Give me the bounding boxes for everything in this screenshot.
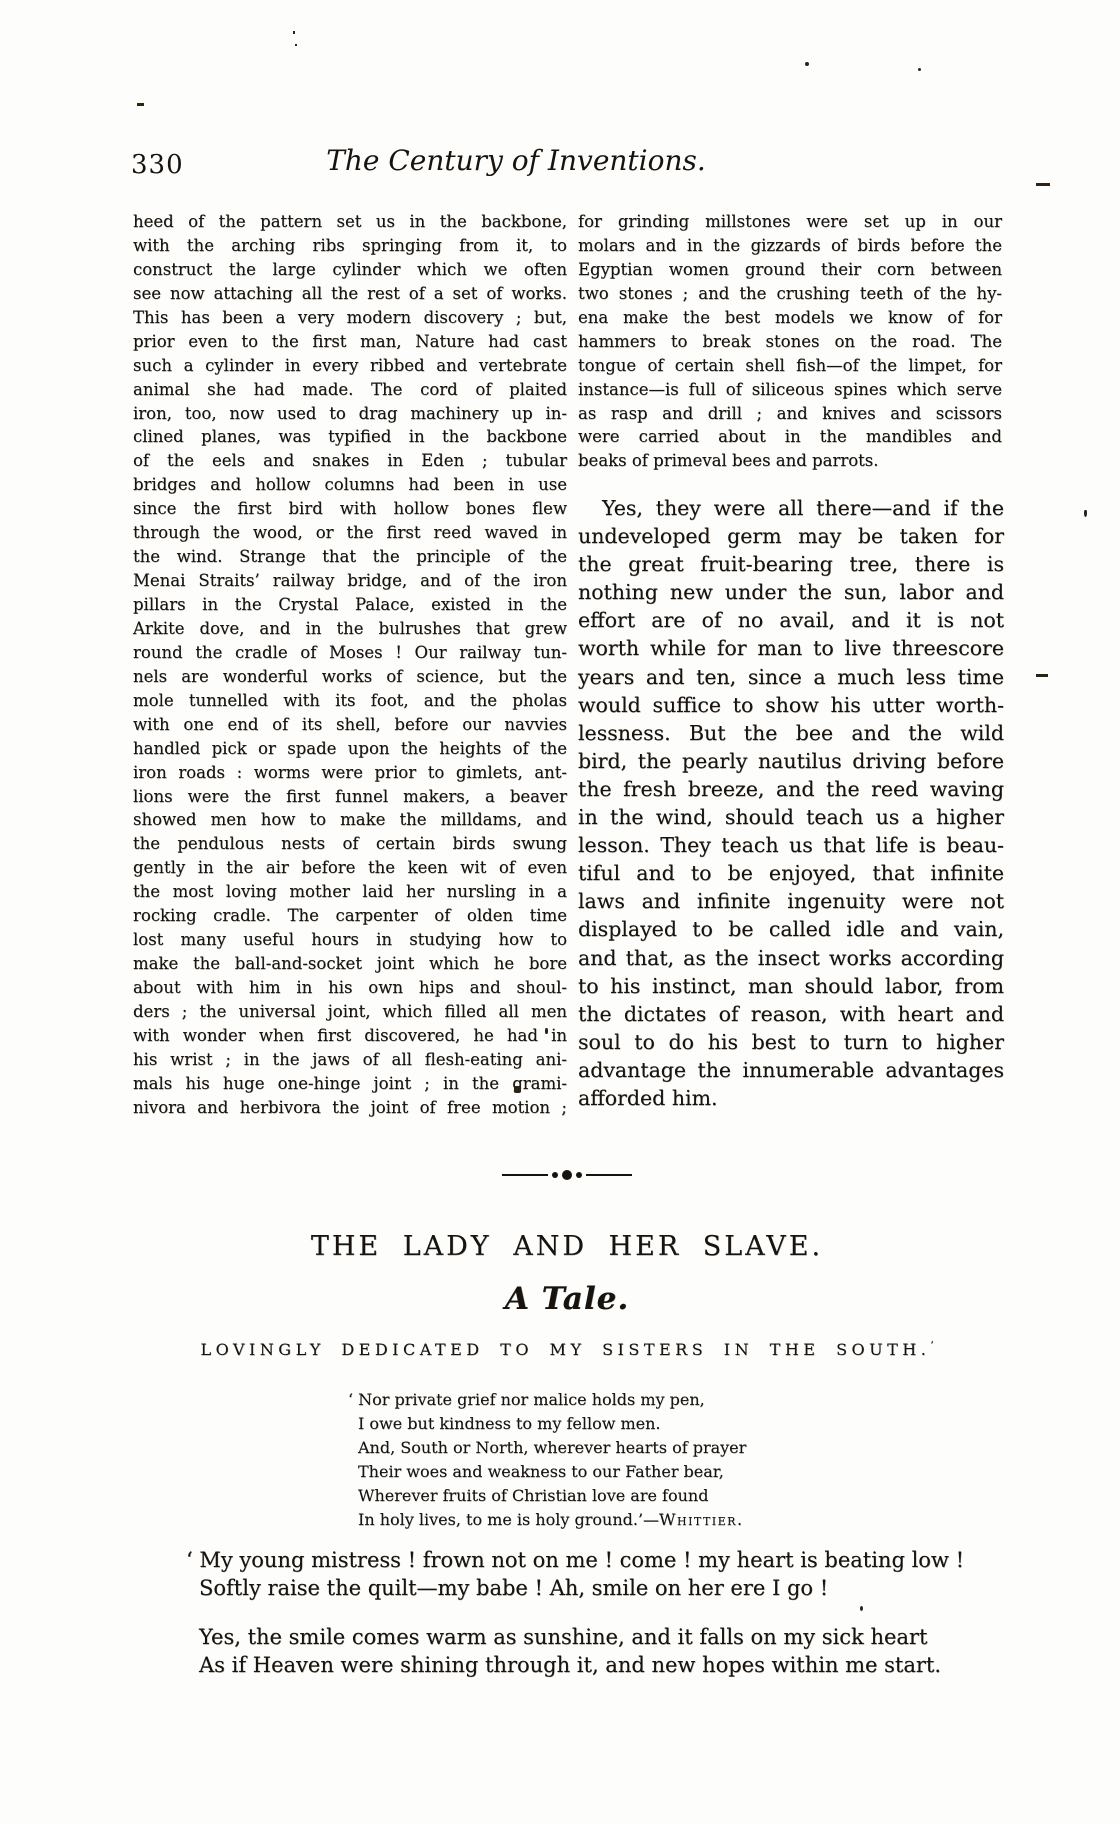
right-column-paragraph-2: Yes, they were all there—and if theundev… <box>578 494 1004 1112</box>
verse-line: ‘ My young mistress ! frown not on me ! … <box>186 1546 964 1574</box>
text-line: the wind. Strange that the principle of … <box>133 545 567 569</box>
text-line: Yes, they were all there—and if the <box>578 494 1004 522</box>
scan-artifact <box>1036 183 1050 186</box>
text-line: round the cradle of Moses ! Our railway … <box>133 641 567 665</box>
text-line: were carried about in the mandibles and <box>578 425 1002 449</box>
text-line: Egyptian women ground their corn between <box>578 258 1002 282</box>
text-line: effort are of no avail, and it is not <box>578 606 1004 634</box>
epigraph-line: Wherever fruits of Christian love are fo… <box>348 1484 746 1508</box>
text-line: in the wind, should teach us a higher <box>578 803 1004 831</box>
story-subtitle: A Tale. <box>133 1281 1001 1317</box>
dedication-line: LOVINGLY DEDICATED TO MY SISTERS IN THE … <box>133 1340 1001 1359</box>
scan-artifact <box>137 103 144 106</box>
text-line: displayed to be called idle and vain, <box>578 915 1004 943</box>
text-line: bridges and hollow columns had been in u… <box>133 473 567 497</box>
text-line: construct the large cylinder which we of… <box>133 258 567 282</box>
text-line: heed of the pattern set us in the backbo… <box>133 210 567 234</box>
text-line: with one end of its shell, before our na… <box>133 713 567 737</box>
verse-stanza-2: Yes, the smile comes warm as sunshine, a… <box>186 1623 941 1679</box>
text-line: showed men how to make the milldams, and <box>133 808 567 832</box>
text-line: afforded him. <box>578 1084 1004 1112</box>
text-line: the fresh breeze, and the reed waving <box>578 775 1004 803</box>
epigraph-last-line: In holy lives, to me is holy ground.’—Wh… <box>358 1508 744 1532</box>
text-line: soul to do his best to turn to higher <box>578 1028 1004 1056</box>
text-line: with the arching ribs springing from it,… <box>133 234 567 258</box>
text-line: of the eels and snakes in Eden ; tubular <box>133 449 567 473</box>
text-line: through the wood, or the first reed wave… <box>133 521 567 545</box>
text-line: This has been a very modern discovery ; … <box>133 306 567 330</box>
text-line: as rasp and drill ; and knives and sciss… <box>578 402 1002 426</box>
text-line: pillars in the Crystal Palace, existed i… <box>133 593 567 617</box>
story-title: THE LADY AND HER SLAVE. <box>133 1231 1001 1262</box>
text-line: his wrist ; in the jaws of all flesh-eat… <box>133 1048 567 1072</box>
text-line: nivora and herbivora the joint of free m… <box>133 1096 567 1120</box>
text-line: with wonder when first discovered, he ha… <box>133 1024 567 1048</box>
text-line: tongue of certain shell fish—of the limp… <box>578 354 1002 378</box>
text-line: bird, the pearly nautilus driving before <box>578 747 1004 775</box>
divider-dot-small <box>576 1172 582 1178</box>
divider-rule-right <box>586 1174 632 1176</box>
text-line: advantage the innumerable advantages <box>578 1056 1004 1084</box>
text-line: beaks of primeval bees and parrots. <box>578 449 1002 473</box>
text-line: iron roads : worms were prior to gimlets… <box>133 761 567 785</box>
right-column-paragraph-1: for grinding millstones were set up in o… <box>578 210 1002 473</box>
text-line: mals his huge one-hinge joint ; in the g… <box>133 1072 567 1096</box>
divider-dot-small <box>552 1172 558 1178</box>
text-line: the great fruit-bearing tree, there is <box>578 550 1004 578</box>
text-line: the pendulous nests of certain birds swu… <box>133 832 567 856</box>
verse-line: As if Heaven were shining through it, an… <box>186 1651 941 1679</box>
text-line: clined planes, was typified in the backb… <box>133 425 567 449</box>
epigraph-line: Their woes and weakness to our Father be… <box>348 1460 746 1484</box>
divider-dot-large <box>562 1170 572 1180</box>
text-line: worth while for man to live threescore <box>578 634 1004 662</box>
text-line: gently in the air before the keen wit of… <box>133 856 567 880</box>
text-line: rocking cradle. The carpenter of olden t… <box>133 904 567 928</box>
epigraph-line: ‘ Nor private grief nor malice holds my … <box>348 1388 746 1412</box>
text-line: and that, as the insect works according <box>578 944 1004 972</box>
text-line: two stones ; and the crushing teeth of t… <box>578 282 1002 306</box>
text-line: nels are wonderful works of science, but… <box>133 665 567 689</box>
text-line: tiful and to be enjoyed, that infinite <box>578 859 1004 887</box>
text-line: to his instinct, man should labor, from <box>578 972 1004 1000</box>
footnote-mark: ’ <box>930 1341 933 1352</box>
scan-artifact <box>545 1028 548 1034</box>
text-line: molars and in the gizzards of birds befo… <box>578 234 1002 258</box>
text-line: the dictates of reason, with heart and <box>578 1000 1004 1028</box>
scan-artifact <box>805 62 809 66</box>
text-line: handled pick or spade upon the heights o… <box>133 737 567 761</box>
text-line: lessness. But the bee and the wild <box>578 719 1004 747</box>
text-line: make the ball-and-socket joint which he … <box>133 952 567 976</box>
epigraph: ‘ Nor private grief nor malice holds my … <box>348 1388 746 1508</box>
text-line: the most loving mother laid her nursling… <box>133 880 567 904</box>
text-line: ena make the best models we know of for <box>578 306 1002 330</box>
text-line: lost many useful hours in studying how t… <box>133 928 567 952</box>
text-line: hammers to break stones on the road. The <box>578 330 1002 354</box>
text-line: instance—is full of siliceous spines whi… <box>578 378 1002 402</box>
epigraph-line: I owe but kindness to my fellow men. <box>348 1412 746 1436</box>
scan-artifact <box>1084 510 1087 517</box>
text-line: about with him in his own hips and shoul… <box>133 976 567 1000</box>
text-line: iron, too, now used to drag machinery up… <box>133 402 567 426</box>
text-line: such a cylinder in every ribbed and vert… <box>133 354 567 378</box>
text-line: animal she had made. The cord of plaited <box>133 378 567 402</box>
text-line: ders ; the universal joint, which filled… <box>133 1000 567 1024</box>
scan-artifact <box>293 31 295 34</box>
text-line: years and ten, since a much less time <box>578 663 1004 691</box>
text-line: for grinding millstones were set up in o… <box>578 210 1002 234</box>
section-divider <box>502 1168 632 1182</box>
scanned-book-page: 330 The Century of Inventions. heed of t… <box>0 0 1120 1825</box>
text-line: Arkite dove, and in the bulrushes that g… <box>133 617 567 641</box>
text-line: nothing new under the sun, labor and <box>578 578 1004 606</box>
text-line: prior even to the first man, Nature had … <box>133 330 567 354</box>
dedication-text: LOVINGLY DEDICATED TO MY SISTERS IN THE … <box>200 1340 930 1359</box>
verse-line: Yes, the smile comes warm as sunshine, a… <box>186 1623 941 1651</box>
verse-stanza-1: ‘ My young mistress ! frown not on me ! … <box>186 1546 964 1602</box>
scan-artifact <box>295 44 297 46</box>
text-line: mole tunnelled with its foot, and the ph… <box>133 689 567 713</box>
left-column: heed of the pattern set us in the backbo… <box>133 210 567 1120</box>
scan-artifact <box>1036 674 1048 677</box>
running-title: The Century of Inventions. <box>133 144 899 177</box>
scan-artifact <box>860 1606 863 1611</box>
text-line: since the first bird with hollow bones f… <box>133 497 567 521</box>
text-line: would suffice to show his utter worth- <box>578 691 1004 719</box>
epigraph-text: In holy lives, to me is holy ground.’— <box>358 1510 659 1529</box>
scan-artifact <box>514 1086 521 1093</box>
text-line: Menai Straits’ railway bridge, and of th… <box>133 569 567 593</box>
text-line: see now attaching all the rest of a set … <box>133 282 567 306</box>
epigraph-author: Whittier. <box>659 1510 744 1529</box>
divider-rule-left <box>502 1174 548 1176</box>
text-line: laws and infinite ingenuity were not <box>578 887 1004 915</box>
text-line: lesson. They teach us that life is beau- <box>578 831 1004 859</box>
scan-artifact <box>918 68 921 71</box>
text-line: lions were the first funnel makers, a be… <box>133 785 567 809</box>
verse-line: Softly raise the quilt—my babe ! Ah, smi… <box>186 1574 964 1602</box>
text-line: undeveloped germ may be taken for <box>578 522 1004 550</box>
epigraph-line: And, South or North, wherever hearts of … <box>348 1436 746 1460</box>
